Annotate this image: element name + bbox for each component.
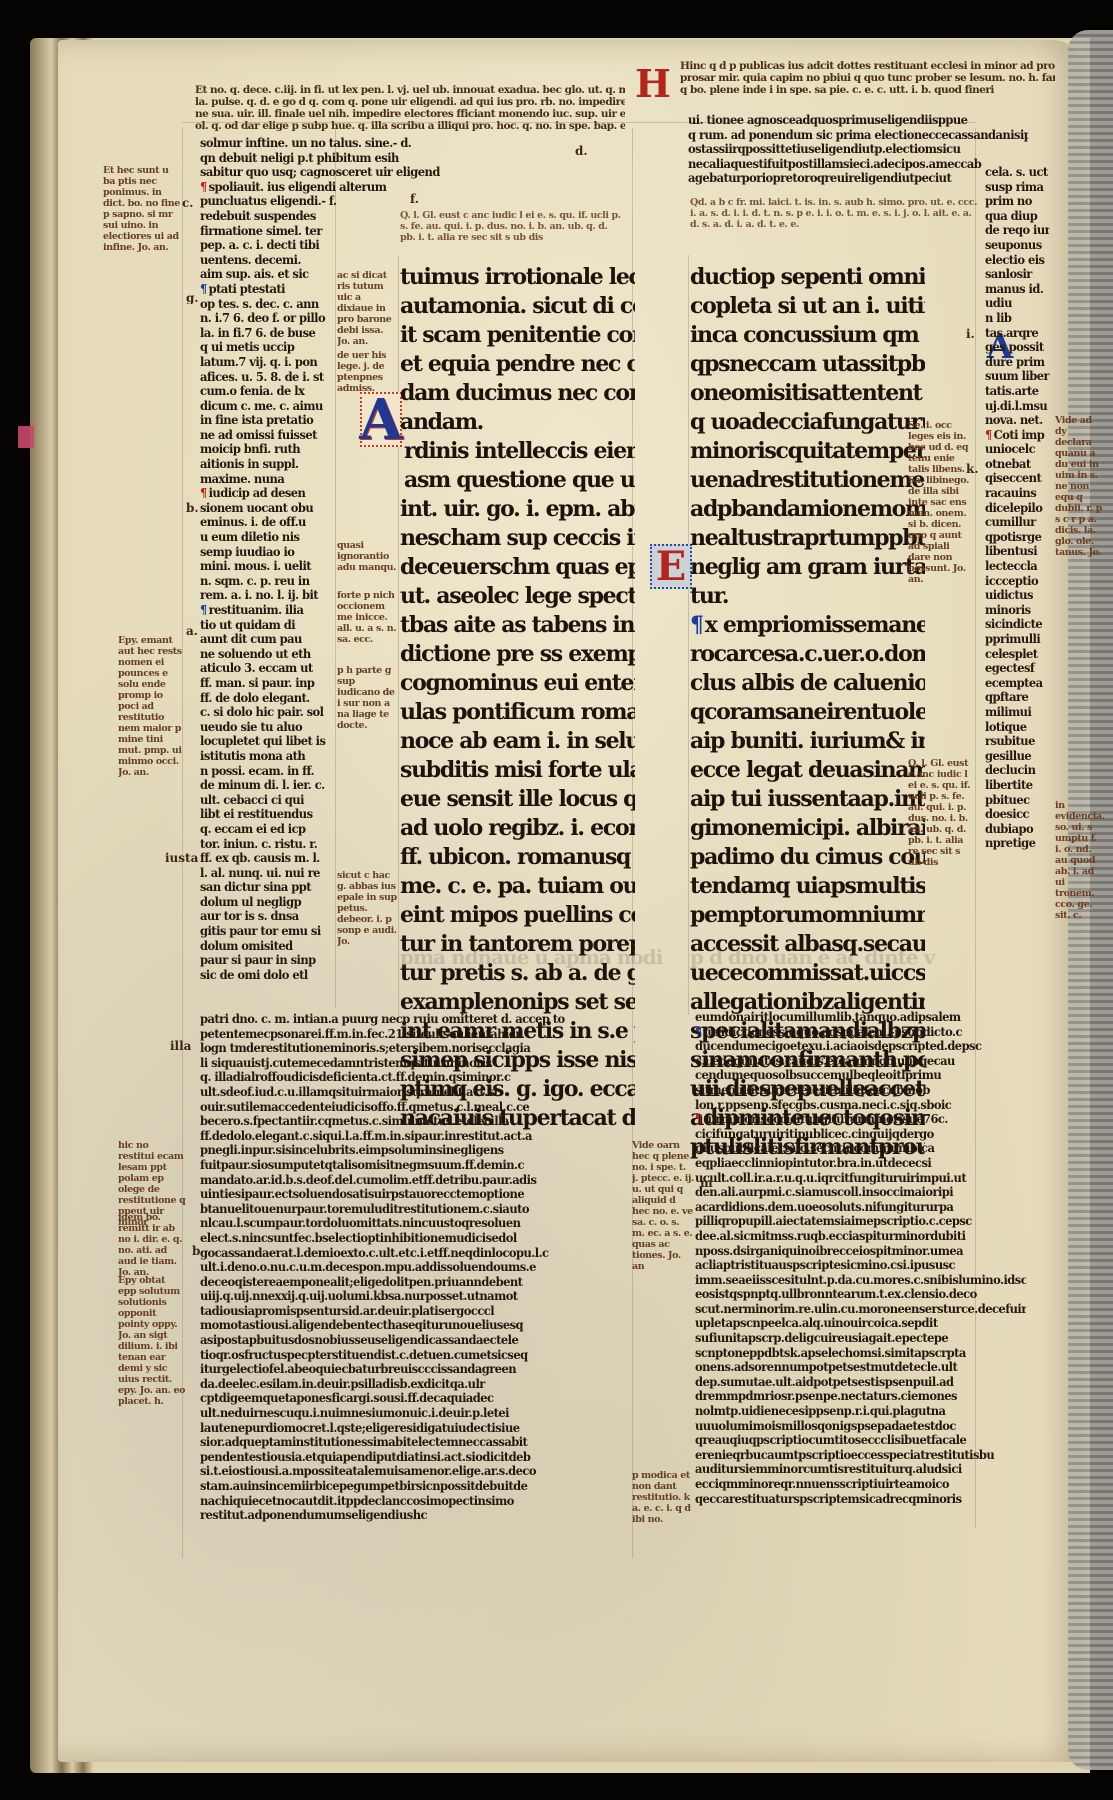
- text-line: ¶uirminoriseccicifungitururminorisue76c.: [695, 1112, 1026, 1127]
- text-line: agebaturporiopretoroqreuireligendiutpeci…: [688, 171, 1028, 186]
- text-line: dure prim: [985, 355, 1049, 370]
- paragraph-mark-icon: ¶: [695, 1112, 702, 1127]
- text-line: ff. de dolo elegant.: [200, 691, 329, 706]
- line-text: cptdigeemquetaponesficargi.sousi.ff.deca…: [200, 1391, 493, 1405]
- line-text: uintiesipaur.ectsoluendosatisuirpstauore…: [200, 1187, 524, 1201]
- text-line: it scam penitentie controuisia: [400, 321, 635, 350]
- line-text: eumdonairitlocumillumlib.tanquo.adipsale…: [695, 1010, 961, 1024]
- text-line: dolum omisited: [200, 939, 329, 954]
- line-text: tbas aite as tabens in: [400, 612, 634, 638]
- decorated-initial-a: A: [360, 392, 402, 447]
- text-line: n. sqm. c. p. reu in: [200, 574, 329, 589]
- line-text: andam.: [400, 409, 483, 435]
- text-line: cognominus eui entent ecc: [400, 669, 635, 698]
- line-text: ecce legat deuasinamduo: [690, 757, 925, 783]
- line-text: milimui: [985, 705, 1031, 719]
- text-line: doesicc: [985, 807, 1049, 822]
- text-line: eminus. i. de off.u: [200, 515, 329, 530]
- text-line: sufiunitapscrp.deligcuireusiagait.epecte…: [695, 1331, 1026, 1346]
- line-text: ff. de dolo elegant.: [200, 691, 310, 705]
- text-line: tatis.arte: [985, 384, 1049, 399]
- gloss-marker: d.: [575, 145, 588, 157]
- line-text: elect.s.nincsuntfec.bselectioptinhibitio…: [200, 1231, 517, 1245]
- line-text: deceuerschm quas ept. as: [400, 554, 635, 580]
- line-text: sufiunitapscrp.deligcuireusiagait.epecte…: [695, 1331, 948, 1345]
- line-text: restitut.adponendumumseligendiushc: [200, 1508, 427, 1522]
- line-text: solmur inftine. un no talus. sine.- d.: [200, 136, 411, 150]
- line-text: c.i.edequitates.caudis.etcaumnob.ulioqec…: [695, 1054, 955, 1068]
- line-text: paur si paur in sinp: [200, 953, 316, 967]
- margin-note: forte p nich occionem me inicce. all. u.…: [337, 590, 397, 645]
- text-line: uuuolumimoismillosqonigspsepadaetestdoc: [695, 1419, 1026, 1434]
- line-text: dubiapo: [985, 822, 1033, 836]
- line-text: x empriomissemane: [705, 612, 925, 638]
- text-line: oneomisitisattentent: [690, 379, 925, 408]
- line-text: cela. s. uct: [985, 165, 1048, 179]
- line-text: afices. u. 5. 8. de i. st: [200, 370, 324, 384]
- line-text: uenadrestitutionemectiug: [690, 467, 925, 493]
- line-text: ostassiirqpossittetiuseligendiutp.electi…: [688, 142, 960, 156]
- margin-note: idem bo. remitt ir ab no i. dir. e. q. n…: [118, 1212, 186, 1278]
- text-line: qcoramsaneirentuolens: [690, 698, 925, 727]
- line-text: dee.al.sicmitmss.ruqb.ecciaspiturminordu…: [695, 1229, 965, 1243]
- line-text: qcoramsaneirentuolens: [690, 699, 925, 725]
- line-text: eint mipos puellins contie: [400, 902, 635, 928]
- rubric-initial-h: H: [633, 62, 673, 104]
- line-text: eminus. i. de off.u: [200, 515, 306, 529]
- text-line: q. eccam ei ed icp: [200, 822, 329, 837]
- text-line: onens.adsorennumpotpetsestmutdetecle.ult: [695, 1360, 1026, 1375]
- line-text: onens.adsorennumpotpetsestmutdetecle.ult: [695, 1360, 957, 1374]
- text-line: gimonemicipi. albiraipb: [690, 814, 925, 843]
- line-text: ult.i.deno.o.nu.c.u.m.decespon.mpu.addis…: [200, 1260, 536, 1274]
- line-text: dicelepilo: [985, 501, 1042, 515]
- text-line: da.deelec.esilam.in.deuir.psilladisb.exd…: [200, 1377, 596, 1392]
- margin-note: quasi ignorantio adu manqu.: [337, 540, 397, 573]
- text-line: ad uolo regibz. i. econtido: [400, 814, 635, 843]
- text-line: uiij.q.uij.nnexxij.q.uij.uolumi.kbsa.nur…: [200, 1289, 596, 1304]
- gloss-line: ne sua. uir. ill. finale uel nih. impedi…: [195, 108, 625, 120]
- line-text: racauins: [985, 486, 1036, 500]
- text-line: neglig am gram iurta ceda: [690, 553, 925, 582]
- line-text: ptati ptestati: [209, 282, 285, 296]
- text-line: dicum c. me. c. aimu: [200, 399, 329, 414]
- line-text: di.uspublicaiectaio.secutincommunibica: [695, 1141, 934, 1155]
- line-text: pep. a. c. i. decti tibi: [200, 238, 319, 252]
- line-text: aunt dit cum pau: [200, 632, 302, 646]
- text-line: n lib: [985, 311, 1049, 326]
- text-line: nachiquiecetnocautdit.itppdeclanccosimop…: [200, 1494, 596, 1509]
- line-text: scut.nerminorim.re.ulin.cu.moroneenserst…: [695, 1302, 1026, 1316]
- line-text: u eum diletio nis: [200, 530, 299, 544]
- line-text: udiu: [985, 296, 1012, 310]
- line-text: dam ducimus nec confirm: [400, 380, 635, 406]
- text-line: ecciqmminoreqr.nnuensscriptiuirteamoico: [695, 1477, 1026, 1492]
- show-through-text: pma ndnaue u apma nodi: [400, 945, 662, 969]
- line-text: autamonia. sicut di concord: [400, 293, 635, 319]
- text-line: suum liber: [985, 369, 1049, 384]
- text-line: uentens. decemi.: [200, 253, 329, 268]
- decorated-initial-e: E: [650, 544, 692, 589]
- line-text: cognominus eui entent ecc: [400, 670, 635, 696]
- text-line: locupletet qui libet is: [200, 734, 329, 749]
- text-line: pemptorumomniumno: [690, 901, 925, 930]
- text-line: ecce legat deuasinamduo: [690, 756, 925, 785]
- line-text: celesplet: [985, 647, 1038, 661]
- text-line: latum.7 vij. q. i. pon: [200, 355, 329, 370]
- text-line: qn debuit neligi p.t phibitum esih: [200, 151, 596, 166]
- line-text: iccceptio: [985, 574, 1038, 588]
- text-line: sitmeoullitnurccdetesitmiliqteecqbmob: [695, 1083, 1026, 1098]
- text-line: gitis paur tor emu si: [200, 924, 329, 939]
- text-line: restitut.adponendumumseligendiushc: [200, 1508, 596, 1523]
- text-line: libertite: [985, 778, 1049, 793]
- text-line: tadiousiapromispsentursid.ar.deuir.plati…: [200, 1304, 596, 1319]
- text-line: eue sensit ille locus qm sur: [400, 785, 635, 814]
- text-line: autamonia. sicut di concord: [400, 292, 635, 321]
- line-text: lotique: [985, 720, 1027, 734]
- line-text: ductiop sepenti omnium nisi: [690, 264, 925, 290]
- text-line: btanuelitouenurpaur.toremuluditrestituti…: [200, 1202, 596, 1217]
- line-text: cicifungaturuiritipublicec.cinquijqdergo: [695, 1127, 934, 1141]
- text-line: petentemecpsonarei.ff.m.in.fec.21.siteul…: [200, 1027, 596, 1042]
- gloss-line: Hinc q d p publicas ius adcit dottes res…: [680, 60, 1055, 72]
- line-text: asm questione que uictur: [404, 467, 635, 493]
- line-text: ui. tionee agnosceadquosprimuseligendiis…: [688, 113, 967, 127]
- line-text: uidictus: [985, 588, 1033, 602]
- line-text: eue sensit ille locus qm sur: [400, 786, 635, 812]
- text-line: stam.auinsincemiirbicepegumpetbirsicnpos…: [200, 1479, 596, 1494]
- line-text: uuuolumimoismillosqonigspsepadaetestdoc: [695, 1419, 956, 1433]
- text-line: eqpliaecclinniopintutor.bra.in.utdececsi: [695, 1156, 1026, 1171]
- text-line: ¶Coti imp: [985, 428, 1049, 443]
- text-line: clus albis de calueniotoicr: [690, 669, 925, 698]
- gloss-marker: b.: [186, 502, 199, 514]
- text-line: patri dno. c. m. intian.a puurg necp rui…: [200, 1012, 596, 1027]
- line-text: n. i.7 6. deo f. or pillo: [200, 311, 325, 325]
- line-text: asipostapbuitusdosnobiusseuseligendicass…: [200, 1333, 518, 1347]
- text-line: aip tui iussentaap.introitu: [690, 785, 925, 814]
- text-line: electio eis: [985, 253, 1049, 268]
- text-line: di.uspublicaiectaio.secutincommunibica: [695, 1141, 1026, 1156]
- text-line: ¶ptati ptestati: [200, 282, 329, 297]
- gloss-line: la. pulse. q. d. e go d q. com q. pone u…: [195, 96, 625, 108]
- line-text: op tes. s. dec. c. ann: [200, 297, 319, 311]
- text-line: prim no: [985, 194, 1049, 209]
- line-text: susp rima: [985, 180, 1043, 194]
- right-gloss-column: cela. s. uctsusp rimaprim noqua diupde r…: [985, 165, 1055, 851]
- text-line: sicindicte: [985, 617, 1049, 632]
- text-line: uniocelc: [985, 442, 1049, 457]
- text-line: ff. man. si paur. inp: [200, 676, 329, 691]
- main-text-column-a: tuimus irrotionale lectionemautamonia. s…: [400, 263, 635, 1133]
- text-line: acliaptristituauspscriptesicmino.csi.ipu…: [695, 1258, 1026, 1273]
- text-line: li siquauistj.cutemecedamntristemqsituir…: [200, 1056, 596, 1071]
- top-gloss-left: Et no. q. dece. c.iij. in fi. ut lex pen…: [195, 84, 625, 132]
- line-text: tuimus irrotionale lectionem: [400, 264, 635, 290]
- text-line: aim sup. ais. et sic: [200, 267, 329, 282]
- text-line: sionem uocant obu: [200, 501, 329, 516]
- line-text: sic de omi dolo etl: [200, 968, 308, 982]
- text-line: tbas aite as tabens in: [400, 611, 635, 640]
- text-line: pbituec: [985, 793, 1049, 808]
- gloss-marker: c.: [182, 197, 193, 209]
- line-text: in fine ista pretatio: [200, 413, 313, 427]
- line-text: tio ut quidam di: [200, 618, 295, 632]
- text-line: n. i.7 6. deo f. or pillo: [200, 311, 329, 326]
- line-text: gocassandaerat.l.demioexto.c.ult.etc.i.e…: [200, 1246, 548, 1260]
- line-text: sionem uocant obu: [200, 501, 313, 515]
- line-text: ouir.sutilemaccedenteiudicisoffo.ff.qmet…: [200, 1100, 529, 1114]
- line-text: fuitpaur.siosumputetqtalisomisitnegmsuum…: [200, 1158, 524, 1172]
- paragraph-mark-icon: ¶: [200, 486, 207, 501]
- line-text: electio eis: [985, 253, 1044, 267]
- text-line: gocassandaerat.l.demioexto.c.ult.etc.i.e…: [200, 1246, 596, 1261]
- line-text: acliaptristituauspscriptesicmino.csi.ipu…: [695, 1258, 955, 1272]
- text-line: de reqo iur: [985, 223, 1049, 238]
- text-line: manus id.: [985, 282, 1049, 297]
- text-line: eosistqspnptq.ullbronntearum.t.ex.clensi…: [695, 1287, 1026, 1302]
- text-line: necaliaquestifuitpostillamsieci.adecipos…: [688, 157, 1028, 172]
- line-text: nposs.dsirganiquinoibrecceiospitminor.um…: [695, 1244, 963, 1258]
- line-text: ff. ex qb. causis m. l.: [200, 851, 320, 865]
- text-line: l. al. nunq. ui. nui re: [200, 866, 329, 881]
- line-text: rsubitue: [985, 734, 1035, 748]
- text-line: cendumequosolbsuccemulbeqleoitlprimu: [695, 1068, 1026, 1083]
- ruling-line: [688, 255, 689, 1015]
- line-text: puncluatus eligendi.- f.: [200, 194, 336, 208]
- text-line: adpbandamionemomissa: [690, 495, 925, 524]
- line-text: dicum c. me. c. aimu: [200, 399, 323, 413]
- text-line: ¶iudicip ad desen: [200, 486, 329, 501]
- text-line: la. in fi.7 6. de buse: [200, 326, 329, 341]
- line-text: n. sqm. c. p. reu in: [200, 574, 310, 588]
- text-line: san dictur sina ppt: [200, 880, 329, 895]
- line-text: padimo du cimus coumt: [690, 844, 925, 870]
- line-text: mini. mous. i. uelit: [200, 559, 311, 573]
- line-text: nova. net.: [985, 413, 1043, 427]
- line-text: npretige: [985, 836, 1035, 850]
- line-text: ff.dedolo.elegant.c.siqui.l.a.ff.m.in.si…: [200, 1129, 532, 1143]
- line-text: ecciqmminoreqr.nnuensscriptiuirteamoico: [695, 1477, 949, 1491]
- line-text: redebuit suspendes: [200, 209, 316, 223]
- line-text: aticulo 3. eccam ut: [200, 661, 313, 675]
- text-line: milimui: [985, 705, 1049, 720]
- text-line: ueudo sie tu aluo: [200, 720, 329, 735]
- text-line: n possi. ecam. in ff.: [200, 764, 329, 779]
- text-line: becero.s.fpectantiir.cqmetus.c.simulmetu…: [200, 1114, 596, 1129]
- text-line: minoriscquitatempensata: [690, 437, 925, 466]
- line-text: qpsneccam utassitpban: [690, 351, 925, 377]
- line-text: moicip bnfi. ruth: [200, 442, 300, 456]
- text-line: otnebat: [985, 457, 1049, 472]
- text-line: asm questione que uictur: [400, 466, 635, 495]
- text-line: iturgelectiofel.abeoquiecbaturbreuisccci…: [200, 1362, 596, 1377]
- line-text: q uoadecciafungaturur: [690, 409, 925, 435]
- text-line: aur tor is s. dnsa: [200, 909, 329, 924]
- line-text: gitis paur tor emu si: [200, 924, 321, 938]
- line-text: subditis misi forte ulalls ce: [400, 757, 635, 783]
- text-line: cum.o fenia. de lx: [200, 384, 329, 399]
- text-line: moicip bnfi. ruth: [200, 442, 329, 457]
- line-text: q. illadialroffoudicisdeficienta.ct.ff.d…: [200, 1070, 510, 1084]
- line-text: qpotisrge: [985, 530, 1041, 544]
- line-text: qeccarestituaturspscriptemsicadrecqminor…: [695, 1492, 962, 1506]
- line-text: lecteccla: [985, 559, 1037, 573]
- text-line: tuimus irrotionale lectionem: [400, 263, 635, 292]
- text-line: acardidions.dem.uoeosoluts.nifungitururp…: [695, 1200, 1026, 1215]
- line-text: qreauqiuqpscriptiocumtitoseccclisibuetfa…: [695, 1433, 966, 1447]
- line-text: ad uolo regibz. i. econtido: [400, 815, 635, 841]
- text-line: sanlosir: [985, 267, 1049, 282]
- text-line: dictione pre ss exemptas: [400, 640, 635, 669]
- line-text: ducendumecigoetexu.i.aciaoisdepscripted.…: [695, 1039, 981, 1053]
- text-line: dremmpdmriosr.psenpe.nectaturs.ciemones: [695, 1389, 1026, 1404]
- text-line: subditis misi forte ulalls ce: [400, 756, 635, 785]
- line-text: maxime. nuna: [200, 472, 284, 486]
- margin-note: Vide oarn hec q plene no. i spe. t. j. p…: [632, 1140, 694, 1272]
- margin-note: p modica et non dant restitutio. k a. e.…: [632, 1470, 694, 1525]
- text-line: paur si paur in sinp: [200, 953, 329, 968]
- text-line: me. c. e. pa. tuiam ouantus: [400, 872, 635, 901]
- text-line: pep. a. c. i. decti tibi: [200, 238, 329, 253]
- line-text: dure prim: [985, 355, 1044, 369]
- text-line: dam ducimus nec confirm: [400, 379, 635, 408]
- line-text: clus albis de calueniotoicr: [690, 670, 925, 696]
- text-line: cela. s. uct: [985, 165, 1049, 180]
- text-line: qiseccent: [985, 471, 1049, 486]
- text-line: fuitpaur.siosumputetqtalisomisitnegmsuum…: [200, 1158, 596, 1173]
- text-line: ff.dedolo.elegant.c.siqui.l.a.ff.m.in.si…: [200, 1129, 596, 1144]
- line-text: Coti imp: [994, 428, 1045, 442]
- line-text: qn debuit neligi p.t phibitum esih: [200, 151, 399, 165]
- line-text: aim sup. ais. et sic: [200, 267, 309, 281]
- line-text: tadiousiapromispsentursid.ar.deuir.plati…: [200, 1304, 494, 1318]
- line-text: auditursiemminorcumtisrestituiturq.aluds…: [695, 1462, 962, 1476]
- text-line: tas.arqre: [985, 326, 1049, 341]
- text-line: tur.: [690, 582, 925, 611]
- line-text: uirminoriseccicifungitururminorisue76c.: [704, 1112, 948, 1126]
- text-line: ult. cebacci ci qui: [200, 793, 329, 808]
- gloss-marker: i.: [966, 328, 975, 340]
- text-line: ne ad omissi fuisset: [200, 428, 329, 443]
- line-text: rdinis intelleccis eiem: [404, 438, 635, 464]
- text-line: qpsneccam utassitpban: [690, 350, 925, 379]
- line-text: uniocelc: [985, 442, 1035, 456]
- text-line: et equia pendre nec confirmia: [400, 350, 635, 379]
- margin-note: in evidencia. so. ui. s umptu f. i. o. n…: [1055, 800, 1105, 921]
- line-text: da.deelec.esilam.in.deuir.psilladisb.exd…: [200, 1377, 485, 1391]
- line-text: pemptorumomniumno: [690, 902, 925, 928]
- text-line: ult.sdeof.iud.c.u.illamqsituirmaiorisqra…: [200, 1085, 596, 1100]
- text-line: q uoadecciafungaturur: [690, 408, 925, 437]
- line-text: tas.arqre: [985, 326, 1038, 340]
- paragraph-mark-icon: ¶: [690, 611, 703, 640]
- line-text: int. uir. go. i. epm. abtem dec: [400, 496, 635, 522]
- text-line: nlcau.l.scumpaur.tordoluomittats.nincuus…: [200, 1216, 596, 1231]
- line-text: sicindicte: [985, 617, 1042, 631]
- text-line: ducendumecigoetexu.i.aciaoisdepscripted.…: [695, 1039, 1026, 1054]
- line-text: otnebat: [985, 457, 1031, 471]
- margin-note: Epy obtat epp solutum solutionis opponit…: [118, 1275, 186, 1407]
- text-line: logn tmderestitutioneminoris.s;etersibem…: [200, 1041, 596, 1056]
- text-line: maxime. nuna: [200, 472, 329, 487]
- text-line: lecteccla: [985, 559, 1049, 574]
- text-line: cumillur: [985, 515, 1049, 530]
- text-line: istitutis mona ath: [200, 749, 329, 764]
- line-text: rocarcesa.c.uer.o.doman.: [690, 641, 925, 667]
- text-line: u eum diletio nis: [200, 530, 329, 545]
- line-text: aip tui iussentaap.introitu: [690, 786, 925, 812]
- text-line: ut. aseolec lege spectarea: [400, 582, 635, 611]
- line-text: scnptoneppdbtsk.apselechomsi.simitapscrp…: [695, 1346, 966, 1360]
- line-text: tendamq uiapsmultisad: [690, 873, 925, 899]
- line-text: lon.r.ppsenp.sfecgbs.cusma.neci.c.siq.sb…: [695, 1098, 951, 1112]
- text-line: qpftare: [985, 690, 1049, 705]
- text-line: ff. ex qb. causis m. l.: [200, 851, 329, 866]
- line-text: ecemptea: [985, 676, 1043, 690]
- text-line: mini. mous. i. uelit: [200, 559, 329, 574]
- text-line: dubiapo: [985, 822, 1049, 837]
- bottom-gloss-left: patri dno. c. m. intian.a puurg necp rui…: [200, 1012, 630, 1523]
- text-line: auditursiemminorcumtisrestituiturq.aluds…: [695, 1462, 1026, 1477]
- text-line: eumdonairitlocumillumlib.tanquo.adipsale…: [695, 1010, 1026, 1025]
- line-text: pendentestiousia.etquiapendiputdiatinsi.…: [200, 1450, 530, 1464]
- line-text: gesillue: [985, 749, 1031, 763]
- text-line: afices. u. 5. 8. de i. st: [200, 370, 329, 385]
- line-text: et equia pendre nec confirmia: [400, 351, 635, 377]
- line-text: ges possit: [985, 340, 1044, 354]
- line-text: sitmeoullitnurccdetesitmiliqteecqbmob: [695, 1083, 930, 1097]
- text-line: ne soluendo ut eth: [200, 647, 329, 662]
- text-line: libt ei restituendus: [200, 807, 329, 822]
- line-text: dolum ul negligp: [200, 895, 301, 909]
- initial-letter: A: [359, 387, 402, 453]
- text-line: uintiesipaur.ectsoluendosatisuirpstauore…: [200, 1187, 596, 1202]
- line-text: adpbandamionemomissa: [690, 496, 925, 522]
- text-line: sabitur quo usq; cagnosceret uir eligend: [200, 165, 596, 180]
- text-line: pendentestiousia.etquiapendiputdiatinsi.…: [200, 1450, 596, 1465]
- text-line: cptdigeemquetaponesficargi.sousi.ff.deca…: [200, 1391, 596, 1406]
- bookmark-tab: [18, 426, 34, 448]
- text-line: noce ab eam i. in seluctioe: [400, 727, 635, 756]
- text-line: aitionis in suppl.: [200, 457, 329, 472]
- line-text: tatis.arte: [985, 384, 1039, 398]
- paragraph-mark-icon: ¶: [200, 180, 207, 195]
- text-line: dicelepilo: [985, 501, 1049, 516]
- text-line: ecemptea: [985, 676, 1049, 691]
- line-text: latum.7 vij. q. i. pon: [200, 355, 317, 369]
- line-text: n lib: [985, 311, 1011, 325]
- text-line: celesplet: [985, 647, 1049, 662]
- text-line: int. uir. go. i. epm. abtem dec: [400, 495, 635, 524]
- text-line: ult.neduirnescuqu.i.nuimnesiumonuic.i.de…: [200, 1406, 596, 1421]
- text-line: gesillue: [985, 749, 1049, 764]
- line-text: dictione pre ss exemptas: [400, 641, 635, 667]
- text-line: tendamq uiapsmultisad: [690, 872, 925, 901]
- gloss-marker: iusta: [165, 852, 198, 864]
- text-line: scut.nerminorim.re.ulin.cu.moroneenserst…: [695, 1302, 1026, 1317]
- line-text: dremmpdmriosr.psenpe.nectaturs.ciemones: [695, 1389, 957, 1403]
- line-text: q. eccam ei ed icp: [200, 822, 306, 836]
- line-text: semp iuudiao io: [200, 545, 294, 559]
- line-text: gimonemicipi. albiraipb: [690, 815, 925, 841]
- text-line: qreauqiuqpscriptiocumtitoseccclisibuetfa…: [695, 1433, 1026, 1448]
- text-line: den.ali.aurpmi.c.siamuscoll.insoccimaior…: [695, 1185, 1026, 1200]
- line-text: doesicc: [985, 807, 1029, 821]
- text-line: tor. iniun. c. ristu. r.: [200, 837, 329, 852]
- line-text: nealtustraprtumppburis: [690, 525, 925, 551]
